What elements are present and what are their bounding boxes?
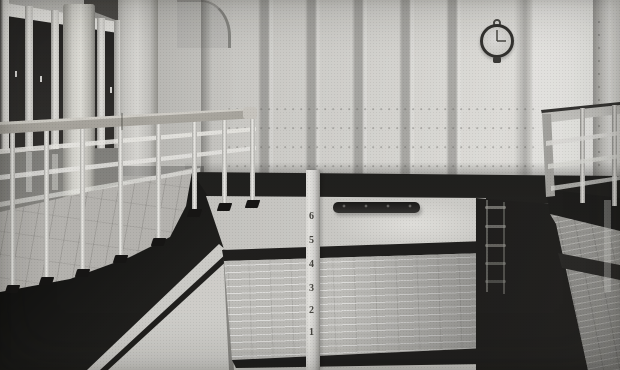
column-edge-shadow	[201, 0, 212, 172]
pool-ladder-rung	[485, 280, 506, 283]
pool-ladder-rung	[485, 244, 506, 247]
depth-gauge-number: 5	[306, 236, 317, 246]
grab-bar	[333, 202, 420, 213]
railing-stanchion	[192, 114, 197, 214]
depth-gauge: 6 5 4 3 2 1	[306, 170, 320, 370]
wall-right-rivets	[597, 20, 603, 170]
cubicle-door-latch	[40, 76, 42, 82]
clock-hand-hour	[497, 40, 506, 42]
depth-gauge-number: 1	[306, 328, 317, 338]
railing-stanchion	[118, 119, 123, 262]
clock-knob	[493, 57, 501, 63]
railing-stanchion	[156, 116, 161, 244]
wall-rivet-rows	[228, 108, 540, 170]
cubicle-mullion	[51, 10, 59, 156]
cubicle-mullion	[25, 6, 33, 156]
cubicle-mullion	[0, 0, 9, 158]
cubicle-mullion	[97, 18, 105, 158]
railing-stanchion	[80, 122, 85, 276]
railing-stanchion	[222, 112, 227, 208]
stanchion-foot	[187, 209, 203, 217]
pool-hall-photo: 6 5 4 3 2 1	[0, 0, 620, 370]
stanchion-foot	[5, 285, 21, 293]
stanchion-foot	[245, 200, 261, 208]
depth-gauge-number: 3	[306, 284, 317, 294]
stanchion-foot	[217, 203, 233, 211]
stanchion-foot	[75, 269, 91, 277]
stanchion-foot	[113, 255, 129, 263]
wall-corner-shadow	[514, 0, 534, 186]
handrail-end-cap	[243, 107, 257, 119]
cubicle-door-latch	[110, 87, 112, 93]
pool-ladder-rung	[485, 206, 506, 209]
right-railing-stanchion	[580, 108, 585, 203]
pool-ladder-rung	[485, 225, 506, 228]
stanchion-foot	[39, 277, 55, 285]
railing-stanchion	[250, 109, 255, 204]
depth-gauge-number: 2	[306, 306, 317, 316]
handrail-joint	[121, 113, 123, 130]
cubicle-door-latch	[15, 71, 17, 77]
right-wall-post	[604, 200, 611, 292]
pool-ladder-rung	[485, 262, 506, 265]
depth-gauge-number: 4	[306, 260, 317, 270]
railing-stanchion	[44, 124, 49, 284]
railing-stanchion	[10, 126, 15, 292]
stanchion-foot	[151, 238, 167, 246]
depth-gauge-number: 6	[306, 212, 317, 222]
